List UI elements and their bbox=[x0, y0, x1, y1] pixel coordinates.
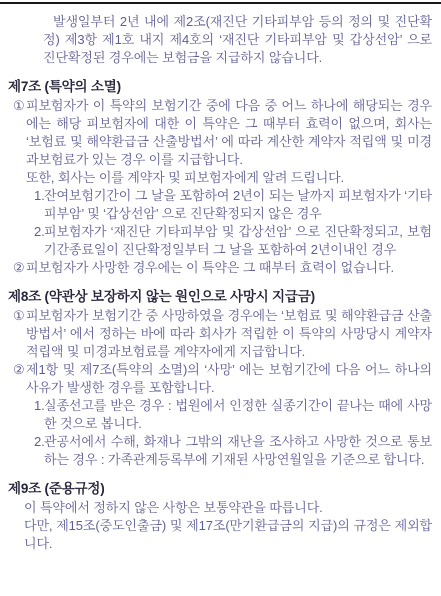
clause-2: ② 피보험자가 사망한 경우에는 이 특약은 그 때부터 효력이 없습니다. bbox=[13, 259, 432, 277]
sub-item-1: 1. 실종선고를 받은 경우 : 법원에서 인정한 실종기간이 끝나는 때에 사… bbox=[34, 397, 432, 433]
sub-item-2-marker: 2. bbox=[34, 433, 44, 451]
clause-1-marker: ① bbox=[13, 307, 26, 325]
sub-item-2-text: 관공서에서 수해, 화재나 그밖의 재난을 조사하고 사망한 것으로 통보하는 … bbox=[44, 433, 432, 469]
clause-2-marker: ② bbox=[13, 361, 26, 379]
article-9: 제9조 (준용규정) 이 특약에서 정하지 않은 사항은 보통약관을 따릅니다.… bbox=[0, 480, 441, 553]
sub-item-1: 1. 잔여보험기간이 그 날을 포함하여 2년이 되는 날까지 피보험자가 ‘기… bbox=[34, 187, 432, 223]
clause-2-text: 제1항 및 제7조(특약의 소멸)의 ‘사망’ 에는 보험기간에 다음 어느 하… bbox=[26, 361, 432, 397]
sub-item-2: 2. 관공서에서 수해, 화재나 그밖의 재난을 조사하고 사망한 것으로 통보… bbox=[34, 433, 432, 469]
article-7: 제7조 (특약의 소멸) ① 피보험자가 이 특약의 보험기간 중에 다음 중 … bbox=[0, 78, 441, 277]
article-9-title: 제9조 (준용규정) bbox=[8, 480, 433, 498]
clause-1-text: 피보험자가 이 특약의 보험기간 중에 다음 중 어느 하나에 해당되는 경우에… bbox=[26, 97, 432, 169]
clause-2: ② 제1항 및 제7조(특약의 소멸)의 ‘사망’ 에는 보험기간에 다음 어느… bbox=[13, 361, 432, 469]
page-top-rule bbox=[0, 2, 441, 4]
clause-1-text: 피보험자가 보험기간 중 사망하였을 경우에는 ‘보험료 및 해약환급금 산출방… bbox=[26, 307, 432, 361]
clause-1-extra-text: 또한, 회사는 이를 계약자 및 피보험자에게 알려 드립니다. bbox=[26, 169, 432, 187]
sub-item-2: 2. 피보험자가 ‘재진단 기타피부암 및 갑상선암’ 으로 진단확정되고, 보… bbox=[34, 223, 432, 259]
clause-1: ① 피보험자가 보험기간 중 사망하였을 경우에는 ‘보험료 및 해약환급금 산… bbox=[13, 307, 432, 361]
continuation-paragraph: 발생일부터 2년 내에 제2조(재진단 기타피부암 등의 정의 및 진단확정) … bbox=[43, 13, 432, 67]
article-7-title: 제7조 (특약의 소멸) bbox=[8, 78, 433, 96]
article-9-paragraph-1: 이 특약에서 정하지 않은 사항은 보통약관을 따릅니다. bbox=[24, 499, 432, 517]
sub-item-1-marker: 1. bbox=[34, 187, 44, 205]
sub-item-1-text: 실종선고를 받은 경우 : 법원에서 인정한 실종기간이 끝나는 때에 사망한 … bbox=[44, 397, 432, 433]
sub-item-1-marker: 1. bbox=[34, 397, 44, 415]
sub-item-2-text: 피보험자가 ‘재진단 기타피부암 및 갑상선암’ 으로 진단확정되고, 보험기간… bbox=[44, 223, 432, 259]
article-8-title: 제8조 (약관상 보장하지 않는 원인으로 사망시 지급금) bbox=[8, 288, 433, 306]
article-8: 제8조 (약관상 보장하지 않는 원인으로 사망시 지급금) ① 피보험자가 보… bbox=[0, 288, 441, 469]
clause-1-marker: ① bbox=[13, 97, 26, 115]
clause-2-marker: ② bbox=[13, 259, 26, 277]
clause-1: ① 피보험자가 이 특약의 보험기간 중에 다음 중 어느 하나에 해당되는 경… bbox=[13, 97, 432, 259]
sub-item-1-text: 잔여보험기간이 그 날을 포함하여 2년이 되는 날까지 피보험자가 ‘기타피부… bbox=[44, 187, 432, 223]
policy-terms-page: 발생일부터 2년 내에 제2조(재진단 기타피부암 등의 정의 및 진단확정) … bbox=[0, 0, 441, 596]
article-9-paragraph-2: 다만, 제15조(중도인출금) 및 제17조(만기환급금의 지급)의 규정은 제… bbox=[24, 517, 432, 553]
clause-2-text: 피보험자가 사망한 경우에는 이 특약은 그 때부터 효력이 없습니다. bbox=[26, 259, 432, 277]
sub-item-2-marker: 2. bbox=[34, 223, 44, 241]
